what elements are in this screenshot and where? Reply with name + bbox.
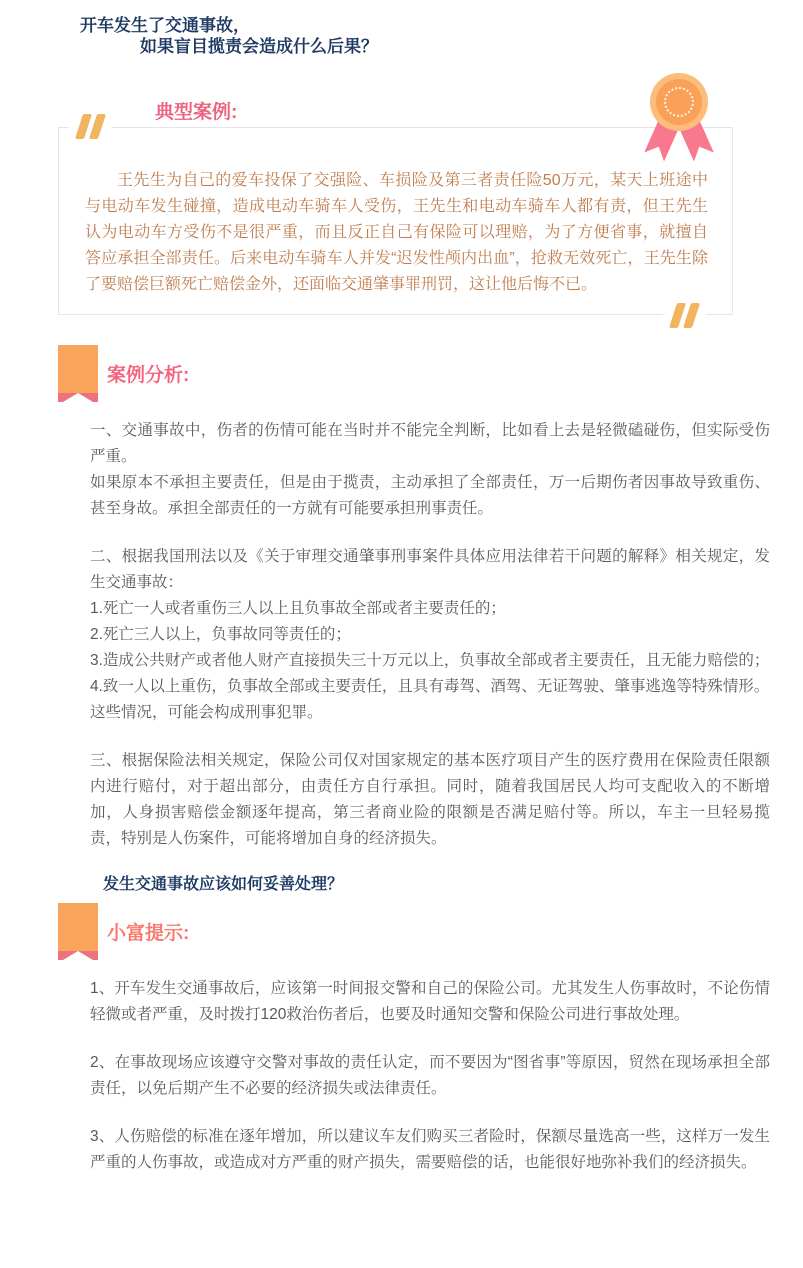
analysis-paragraph: 三、根据保险法相关规定，保险公司仅对国家规定的基本医疗项目产生的医疗费用在保险责… [90, 748, 770, 852]
tips-section-header: 小富提示: [58, 903, 803, 960]
tips-paragraphs: 1、开车发生交通事故后，应该第一时间报交警和自己的保险公司。尤其发生人伤事故时，… [90, 976, 770, 1176]
case-story-text: 王先生为自己的爱车投保了交强险、车损险及第三者责任险50万元，某天上班途中与电动… [59, 128, 732, 314]
analysis-section-label: 案例分析: [107, 360, 189, 387]
analysis-paragraph: 一、交通事故中，伤者的伤情可能在当时并不能完全判断，比如看上去是轻微磕碰伤，但实… [90, 418, 770, 522]
analysis-section-header: 案例分析: [58, 345, 803, 402]
analysis-paragraph: 二、根据我国刑法以及《关于审理交通肇事刑事案件具体应用法律若干问题的解释》相关规… [90, 544, 770, 726]
ribbon-bookmark-icon [58, 903, 98, 960]
article-title: 开车发生了交通事故， 如果盲目揽责会造成什么后果？ [80, 0, 803, 57]
article-page: 开车发生了交通事故， 如果盲目揽责会造成什么后果？ 典型案例: 王先生为自己的爱… [0, 0, 803, 1268]
tip-paragraph: 1、开车发生交通事故后，应该第一时间报交警和自己的保险公司。尤其发生人伤事故时，… [90, 976, 770, 1028]
close-quote-icon [663, 301, 706, 330]
tip-paragraph: 3、人伤赔偿的标准在逐年增加，所以建议车友们购买三者险时，保额尽量选高一些，这样… [90, 1124, 770, 1176]
medal-badge-icon [650, 73, 708, 169]
title-line-1: 开车发生了交通事故， [80, 15, 803, 36]
tips-section-label: 小富提示: [107, 918, 189, 945]
question-heading: 发生交通事故应该如何妥善处理？ [103, 874, 803, 896]
case-box: 王先生为自己的爱车投保了交强险、车损险及第三者责任险50万元，某天上班途中与电动… [58, 127, 733, 315]
analysis-paragraphs: 一、交通事故中，伤者的伤情可能在当时并不能完全判断，比如看上去是轻微磕碰伤，但实… [90, 418, 770, 852]
medal-coin [650, 73, 708, 131]
tip-paragraph: 2、在事故现场应该遵守交警对事故的责任认定，而不要因为“图省事”等原因，贸然在现… [90, 1050, 770, 1102]
title-line-2: 如果盲目揽责会造成什么后果？ [140, 36, 803, 57]
open-quote-icon [69, 112, 112, 141]
ribbon-bookmark-icon [58, 345, 98, 402]
